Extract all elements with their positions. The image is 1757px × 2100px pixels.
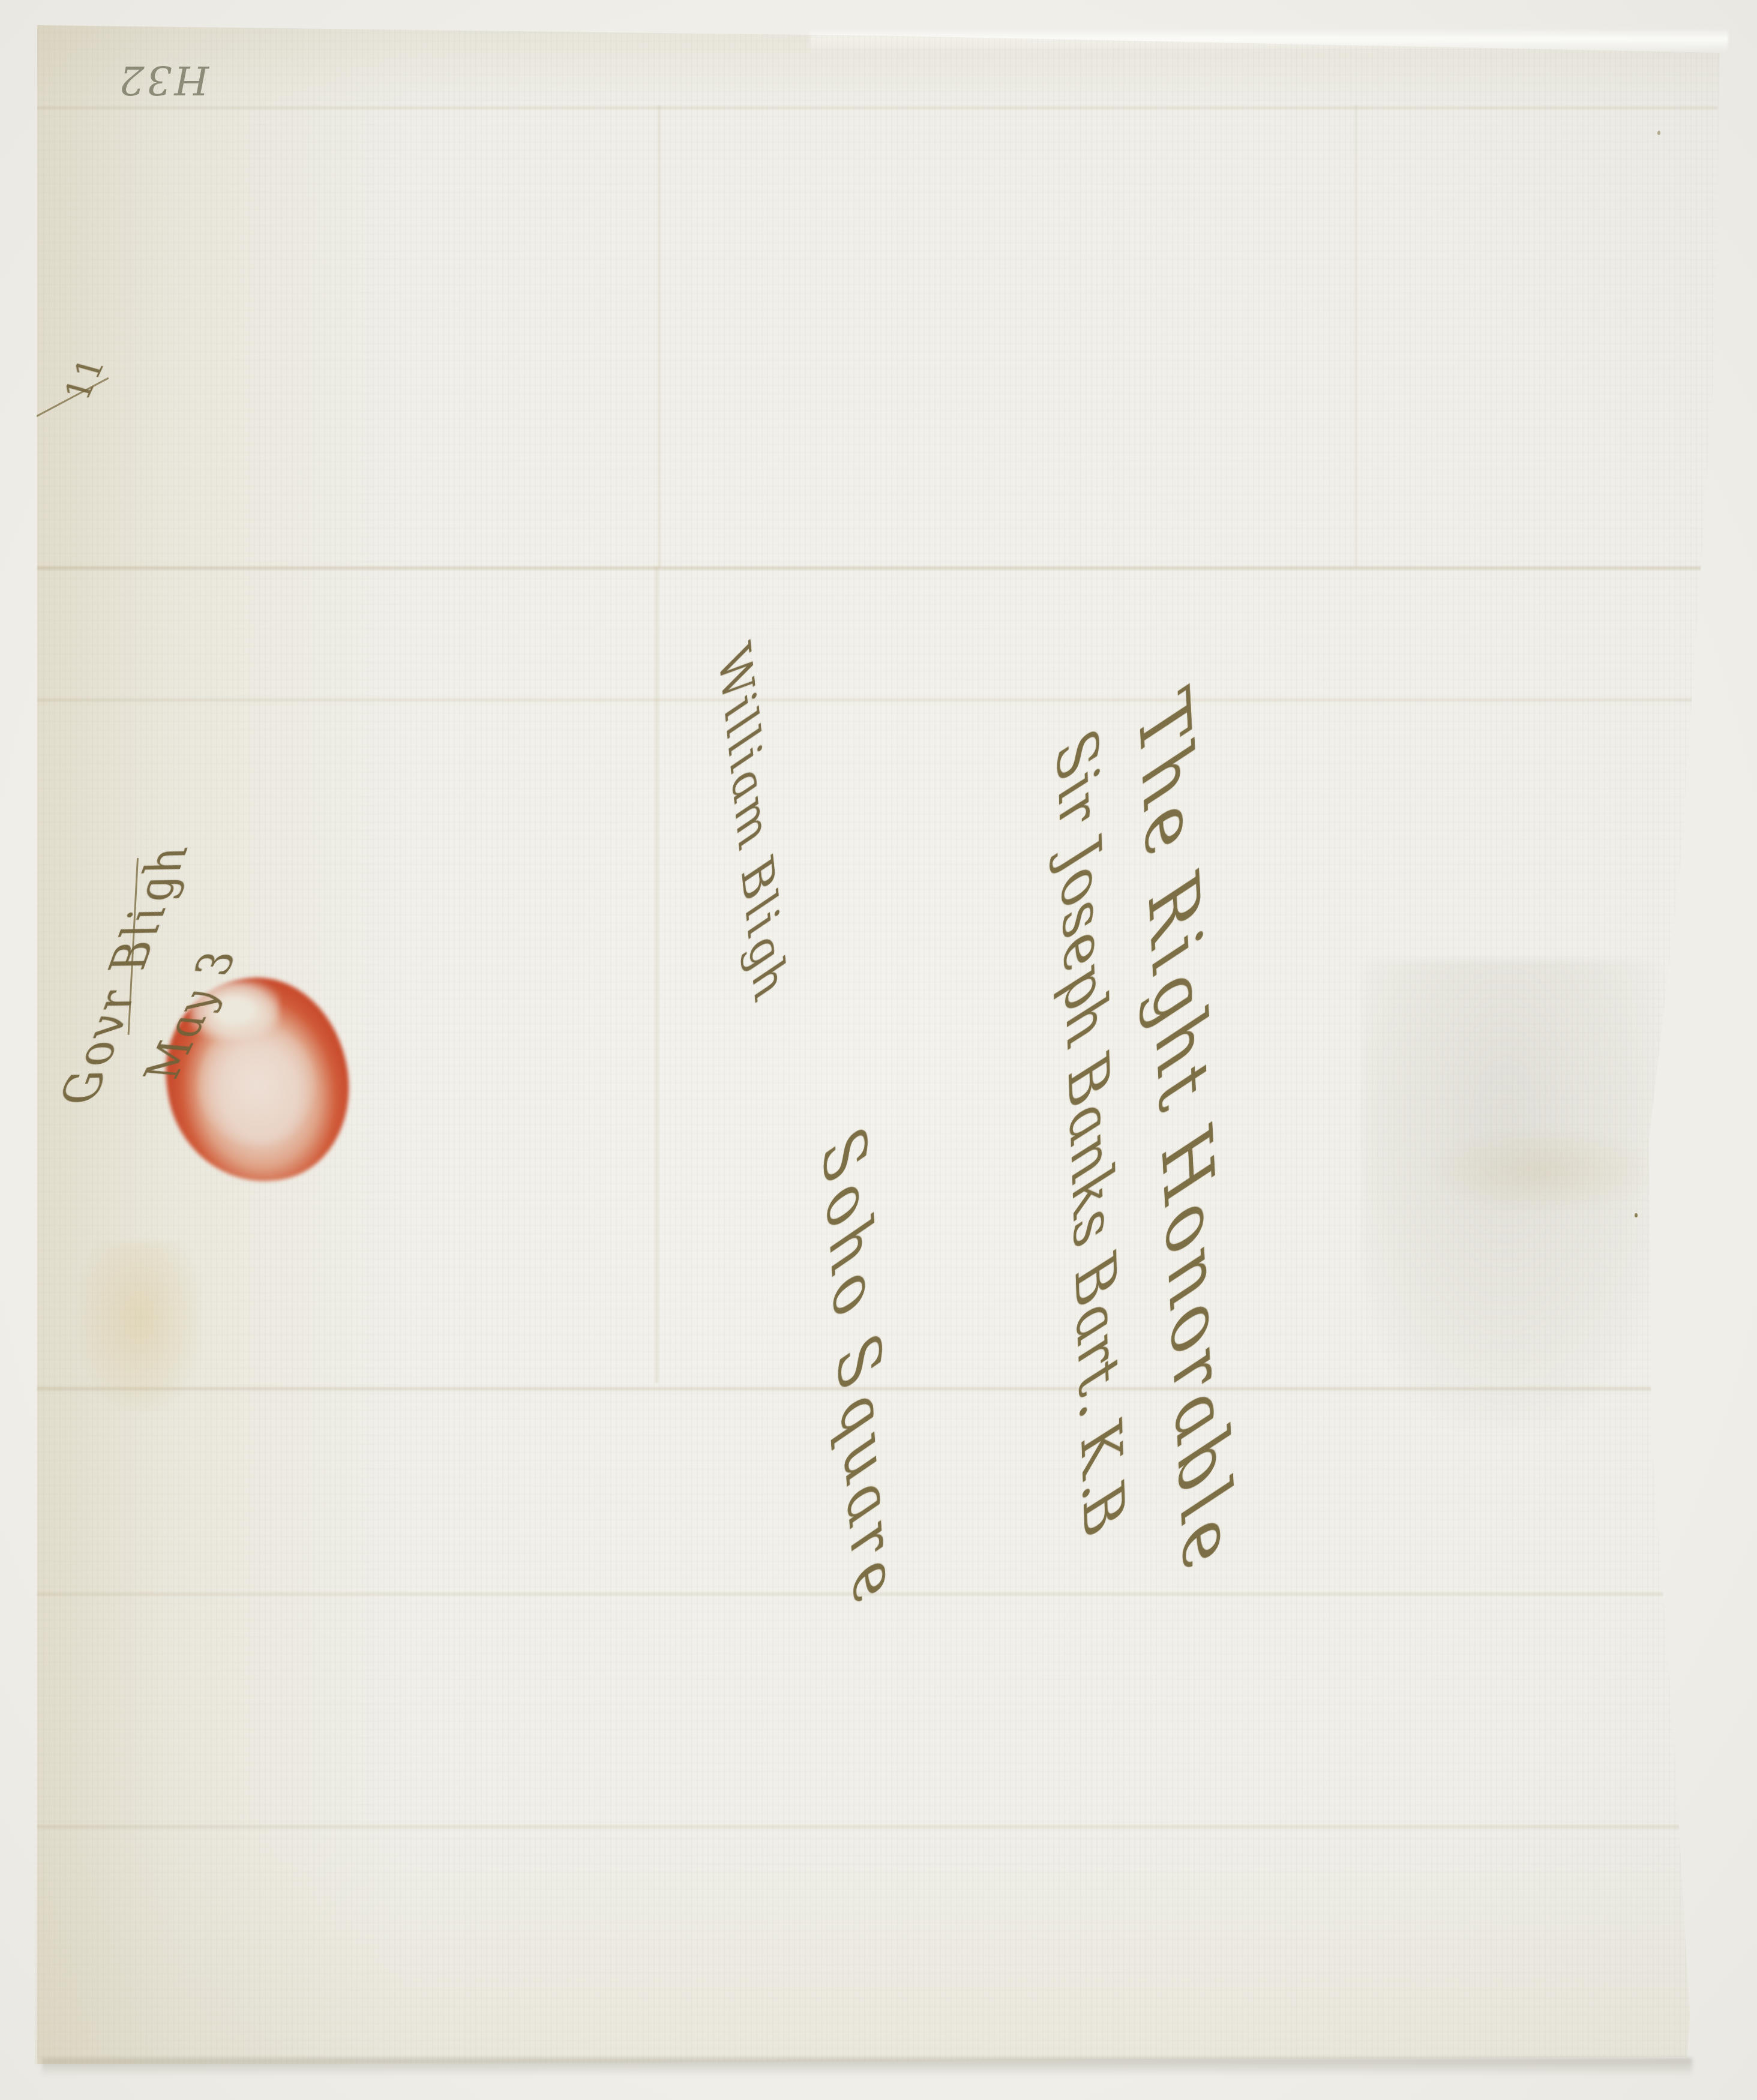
fold-crease-vertical-2 xyxy=(654,567,659,1383)
tan-stain-right xyxy=(1428,1128,1656,1212)
fold-crease-vertical-1 xyxy=(656,105,662,567)
letter-sheet: The Right Honorable Sir Joseph Banks Bar… xyxy=(0,0,1757,2100)
pencil-shelfmark: H32 xyxy=(116,57,209,103)
fold-crease-horizontal-2 xyxy=(37,565,1717,571)
ink-speck-2 xyxy=(1657,131,1660,135)
ink-speck-1 xyxy=(1635,1213,1638,1217)
wax-seal-pale-center xyxy=(198,1023,315,1146)
fold-crease-horizontal-6 xyxy=(37,1824,1717,1829)
document-scan: The Right Honorable Sir Joseph Banks Bar… xyxy=(0,0,1757,2100)
fold-crease-horizontal-3 xyxy=(37,697,1717,703)
bottom-edge-discoloration xyxy=(35,1824,1691,2064)
fold-crease-vertical-3 xyxy=(1353,105,1359,567)
fold-crease-horizontal-1 xyxy=(37,105,1717,110)
tan-stain-left xyxy=(81,1242,201,1410)
